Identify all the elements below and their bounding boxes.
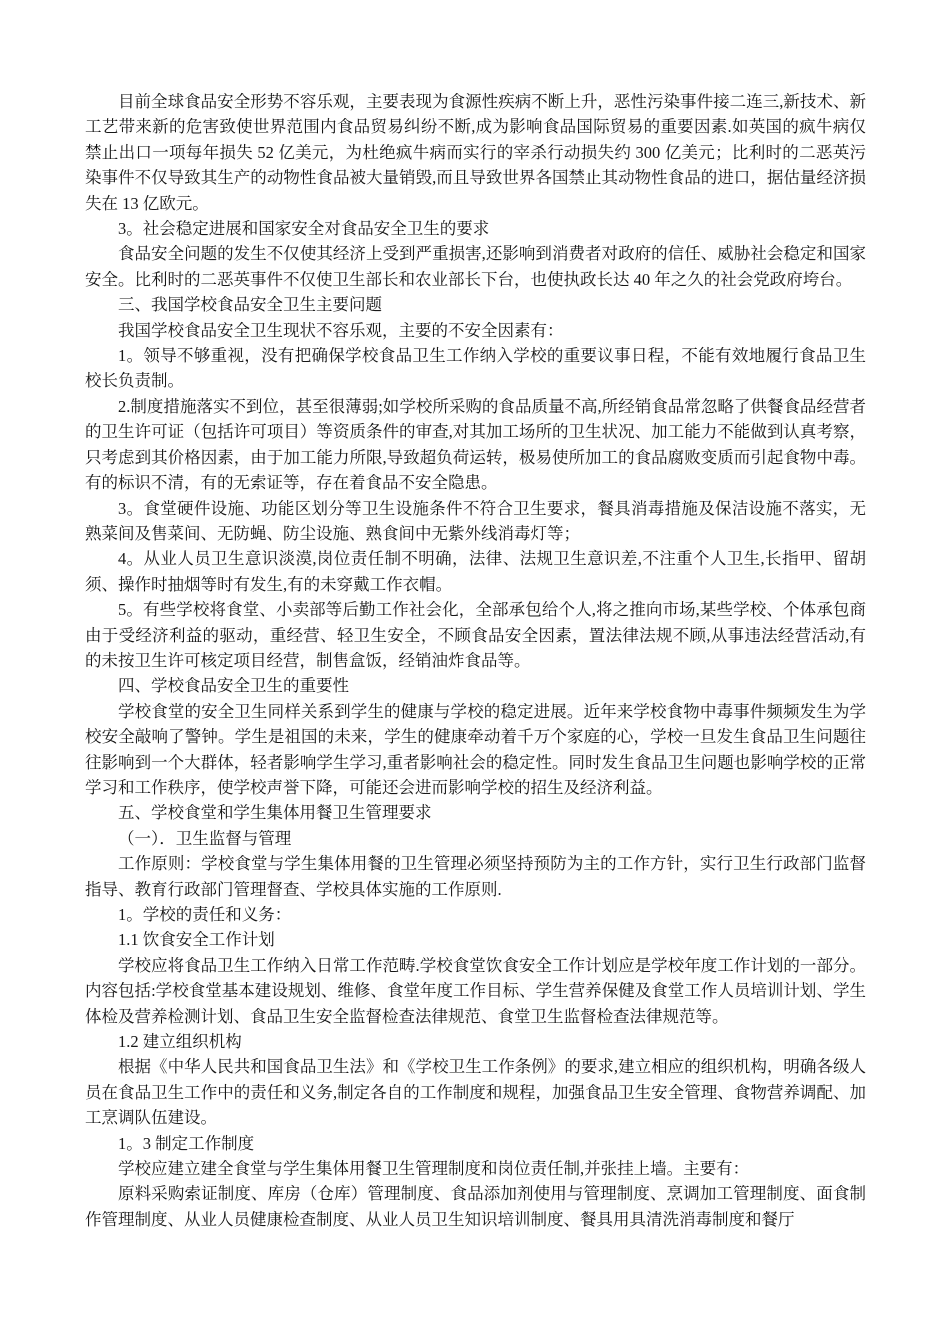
para-issue-5-outsourcing: 5。有些学校将食堂、小卖部等后勤工作社会化，全部承包给个人,将之推向市场,某些学… [85, 597, 866, 673]
para-importance-of-school-food-safety: 学校食堂的安全卫生同样关系到学生的健康与学校的稳定进展。近年来学校食物中毒事件频… [85, 699, 866, 801]
para-issue-4-staff-hygiene-awareness: 4。从业人员卫生意识淡漠,岗位责任制不明确，法律、法规卫生意识差,不注重个人卫生… [85, 546, 866, 597]
para-1-3-rules-intro: 学校应建立建全食堂与学生集体用餐卫生管理制度和岗位责任制,并张挂上墙。主要有： [85, 1156, 866, 1181]
heading-1-3-work-rules: 1。3 制定工作制度 [85, 1131, 866, 1156]
para-global-food-safety-situation: 目前全球食品安全形势不容乐观，主要表现为食源性疾病不断上升，恶性污染事件接二连三… [85, 89, 866, 216]
para-1-2-organization-content: 根据《中华人民共和国食品卫生法》和《学校卫生工作条例》的要求,建立相应的组织机构… [85, 1054, 866, 1130]
para-issues-intro: 我国学校食品安全卫生现状不容乐观，主要的不安全因素有： [85, 318, 866, 343]
para-work-principles: 工作原则：学校食堂与学生集体用餐的卫生管理必须坚持预防为主的工作方针，实行卫生行… [85, 851, 866, 902]
para-issue-1-leadership: 1。领导不够重视，没有把确保学校食品卫生工作纳入学校的重要议事日程，不能有效地履… [85, 343, 866, 394]
heading-section-5-management-requirements: 五、学校食堂和学生集体用餐卫生管理要求 [85, 800, 866, 825]
para-issue-3-canteen-facilities: 3。食堂硬件设施、功能区划分等卫生设施条件不符合卫生要求，餐具消毒措施及保洁设施… [85, 496, 866, 547]
heading-3-social-stability-requirement: 3。社会稳定进展和国家安全对食品安全卫生的要求 [85, 216, 866, 241]
heading-1-1-food-safety-work-plan: 1.1 饮食安全工作计划 [85, 927, 866, 952]
heading-section-4-importance: 四、学校食品安全卫生的重要性 [85, 673, 866, 698]
para-1-3-rules-list: 原料采购索证制度、库房（仓库）管理制度、食品添加剂使用与管理制度、烹调加工管理制… [85, 1181, 866, 1232]
para-1-1-work-plan-content: 学校应将食品卫生工作纳入日常工作范畴.学校食堂饮食安全工作计划应是学校年度工作计… [85, 953, 866, 1029]
heading-section-3-school-food-safety-issues: 三、我国学校食品安全卫生主要问题 [85, 292, 866, 317]
heading-1-school-duties: 1。学校的责任和义务： [85, 902, 866, 927]
para-issue-2-systems-not-implemented: 2.制度措施落实不到位，甚至很薄弱;如学校所采购的食品质量不高,所经销食品常忽略… [85, 394, 866, 496]
heading-5-1-hygiene-supervision: （一）．卫生监督与管理 [85, 826, 866, 851]
para-social-stability-impact: 食品安全问题的发生不仅使其经济上受到严重损害,还影响到消费者对政府的信任、威胁社… [85, 241, 866, 292]
document-page: 目前全球食品安全形势不容乐观，主要表现为食源性疾病不断上升，恶性污染事件接二连三… [0, 0, 950, 1344]
heading-1-2-organization: 1.2 建立组织机构 [85, 1029, 866, 1054]
